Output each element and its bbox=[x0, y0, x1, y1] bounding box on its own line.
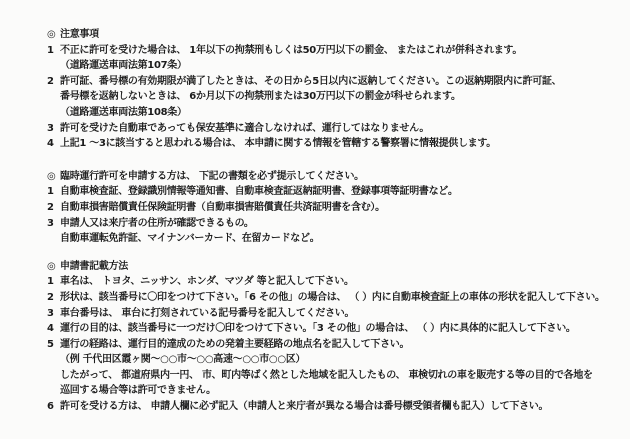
numbered-item: 3許可を受けた自動車であっても保安基準に適合しなければ、運行してはなりません。 bbox=[47, 121, 616, 137]
numbered-item: 3申請人又は来庁者の住所が確認できるもの。 bbox=[47, 216, 616, 232]
item-number: 1 bbox=[47, 184, 60, 200]
item-text: 許可証、番号標の有効期限が満了したときは、その日から5日以内に返納してください。… bbox=[60, 76, 561, 87]
item-number: 1 bbox=[47, 274, 60, 290]
item-text: 運行の経路は、運行目的達成のための発着主要経路の地点名を記入して下さい。 bbox=[60, 339, 409, 350]
numbered-item: 2形状は、該当番号に〇印をつけて下さい。「6 その他」の場合は、 （ ）内に自動… bbox=[47, 290, 616, 306]
item-text: したがって、 都道府県内一円、 市、町内等ばく然とした地域を記入したもの、 車検… bbox=[60, 370, 593, 381]
numbered-item: 4運行の目的は、該当番号に一つだけ〇印をつけて下さい。「3 その他」の場合は、 … bbox=[47, 321, 616, 337]
item-number: 4 bbox=[47, 321, 60, 337]
item-text: 車台番号は、 車台に打刻されている記号番号を記入してください。 bbox=[60, 308, 354, 319]
item-number: 2 bbox=[47, 290, 60, 306]
item-text: （例 千代田区霞ヶ関～○○市～○○高速～○○市○○区） bbox=[60, 354, 305, 365]
item-text: 形状は、該当番号に〇印をつけて下さい。「6 その他」の場合は、 （ ）内に自動車… bbox=[60, 292, 605, 303]
item-text: 巡回する場合等は許可できません。 bbox=[60, 385, 216, 396]
continuation-line: （道路運送車両法第108条） bbox=[47, 105, 616, 121]
numbered-item: 1自動車検査証、登録識別情報等通知書、自動車検査証返納証明書、登録事項等証明書な… bbox=[47, 184, 616, 200]
item-number: 4 bbox=[47, 136, 60, 152]
section-title: 申請書記載方法 bbox=[60, 261, 128, 272]
section-0: ◎注意事項1不正に許可を受けた場合は、 1年以下の拘禁刑もしくは50万円以下の罰… bbox=[47, 27, 616, 152]
section-title: 臨時運行許可を申請する方は、 下記の書類を必ず提示してください。 bbox=[60, 171, 364, 182]
item-text: 番号標を返納しないときは、 6か月以下の拘禁刑または30万円以下の罰金が科せられ… bbox=[60, 91, 461, 102]
continuation-line: 番号標を返納しないときは、 6か月以下の拘禁刑または30万円以下の罰金が科せられ… bbox=[47, 89, 616, 105]
item-number: 3 bbox=[47, 216, 60, 232]
document-page: ◎注意事項1不正に許可を受けた場合は、 1年以下の拘禁刑もしくは50万円以下の罰… bbox=[0, 0, 630, 439]
continuation-line: 巡回する場合等は許可できません。 bbox=[47, 383, 616, 399]
double-circle-bullet-icon: ◎ bbox=[47, 169, 60, 185]
numbered-item: 3車台番号は、 車台に打刻されている記号番号を記入してください。 bbox=[47, 306, 616, 322]
item-text: 車名は、 トヨタ、ニッサン、ホンダ、マツダ 等と記入して下さい。 bbox=[60, 276, 354, 287]
double-circle-bullet-icon: ◎ bbox=[47, 27, 60, 43]
item-text: 自動車運転免許証、マイナンバーカード、在留カードなど。 bbox=[60, 233, 319, 244]
section-header: ◎臨時運行許可を申請する方は、 下記の書類を必ず提示してください。 bbox=[47, 169, 616, 185]
item-text: 自動車損害賠償責任保険証明書（自動車損害賠償責任共済証明書を含む）。 bbox=[60, 202, 385, 213]
item-number: 3 bbox=[47, 306, 60, 322]
continuation-line: （道路運送車両法第107条） bbox=[47, 58, 616, 74]
item-text: （道路運送車両法第107条） bbox=[60, 60, 187, 71]
section-title: 注意事項 bbox=[60, 29, 99, 40]
numbered-item: 1不正に許可を受けた場合は、 1年以下の拘禁刑もしくは50万円以下の罰金、 また… bbox=[47, 43, 616, 59]
section-1: ◎臨時運行許可を申請する方は、 下記の書類を必ず提示してください。1自動車検査証… bbox=[47, 169, 616, 247]
continuation-line: 自動車運転免許証、マイナンバーカード、在留カードなど。 bbox=[47, 231, 616, 247]
item-number: 3 bbox=[47, 121, 60, 137]
item-text: 運行の目的は、該当番号に一つだけ〇印をつけて下さい。「3 その他」の場合は、 （… bbox=[60, 323, 576, 334]
item-text: 自動車検査証、登録識別情報等通知書、自動車検査証返納証明書、登録事項等証明書など… bbox=[60, 186, 458, 197]
item-number: 1 bbox=[47, 43, 60, 59]
item-text: 許可を受ける方は、 申請人欄に必ず記入（申請人と来庁者が異なる場合は番号標受領者… bbox=[60, 401, 548, 412]
item-text: 申請人又は来庁者の住所が確認できるもの。 bbox=[60, 218, 254, 229]
item-number: 2 bbox=[47, 74, 60, 90]
numbered-item: 6許可を受ける方は、 申請人欄に必ず記入（申請人と来庁者が異なる場合は番号標受領… bbox=[47, 399, 616, 415]
item-number: 6 bbox=[47, 399, 60, 415]
numbered-item: 1車名は、 トヨタ、ニッサン、ホンダ、マツダ 等と記入して下さい。 bbox=[47, 274, 616, 290]
section-header: ◎注意事項 bbox=[47, 27, 616, 43]
item-number: 2 bbox=[47, 200, 60, 216]
section-header: ◎申請書記載方法 bbox=[47, 259, 616, 275]
section-2: ◎申請書記載方法1車名は、 トヨタ、ニッサン、ホンダ、マツダ 等と記入して下さい… bbox=[47, 259, 616, 415]
continuation-line: したがって、 都道府県内一円、 市、町内等ばく然とした地域を記入したもの、 車検… bbox=[47, 368, 616, 384]
item-text: 許可を受けた自動車であっても保安基準に適合しなければ、運行してはなりません。 bbox=[60, 123, 429, 134]
continuation-line: （例 千代田区霞ヶ関～○○市～○○高速～○○市○○区） bbox=[47, 352, 616, 368]
item-text: （道路運送車両法第108条） bbox=[60, 107, 187, 118]
numbered-item: 2自動車損害賠償責任保険証明書（自動車損害賠償責任共済証明書を含む）。 bbox=[47, 200, 616, 216]
item-number: 5 bbox=[47, 337, 60, 353]
double-circle-bullet-icon: ◎ bbox=[47, 259, 60, 275]
numbered-item: 4上記1 ～3に該当すると思われる場合は、 本申請に関する情報を管轄する警察署に… bbox=[47, 136, 616, 152]
item-text: 上記1 ～3に該当すると思われる場合は、 本申請に関する情報を管轄する警察署に情… bbox=[60, 138, 496, 149]
numbered-item: 2許可証、番号標の有効期限が満了したときは、その日から5日以内に返納してください… bbox=[47, 74, 616, 90]
numbered-item: 5運行の経路は、運行目的達成のための発着主要経路の地点名を記入して下さい。 bbox=[47, 337, 616, 353]
item-text: 不正に許可を受けた場合は、 1年以下の拘禁刑もしくは50万円以下の罰金、 または… bbox=[60, 45, 522, 56]
